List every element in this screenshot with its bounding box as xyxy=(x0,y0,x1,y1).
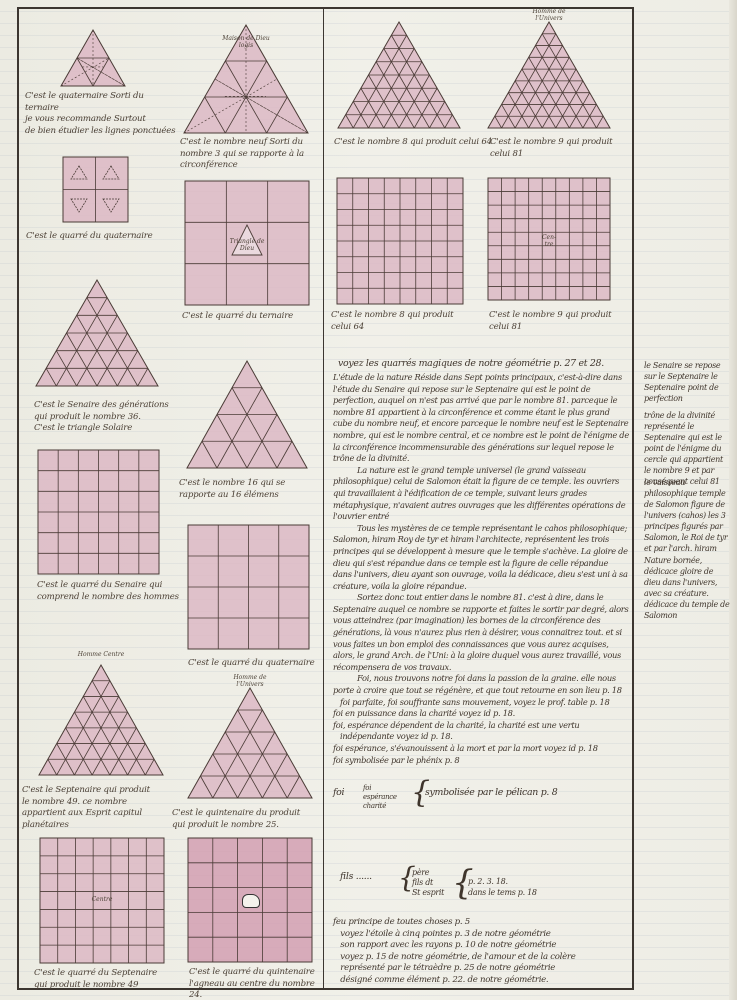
brace-group-trinity: fils ...... { père fils dt St esprit { p… xyxy=(340,870,620,910)
page-edge xyxy=(729,0,737,1000)
closing-line: désigné comme élément p. 22. de notre gé… xyxy=(333,975,629,987)
figure-label: Cen- tre xyxy=(529,234,569,248)
triangle-figure-tri-16 xyxy=(187,361,307,468)
square-grid-figure-sq-36 xyxy=(38,450,159,574)
triangle-figure-tri-quaternary xyxy=(61,30,125,86)
closing-line: feu principe de toutes choses p. 5 xyxy=(333,917,629,929)
figure-label: Homme de l'Univers xyxy=(225,674,275,688)
brace-group-faith: foi foi espérance charité { symbolisée p… xyxy=(333,786,613,836)
figure-caption: C'est le nombre 9 qui produit celui 81 xyxy=(490,137,632,160)
brace-item: fils dt xyxy=(412,878,444,888)
figure-caption: C'est le nombre neuf Sorti du nombre 3 q… xyxy=(180,137,317,172)
main-text-body: L'étude de la nature Réside dans Sept po… xyxy=(333,372,629,766)
margin-note: Nature bornée, dédicace gloire de dieu d… xyxy=(644,555,730,621)
paragraph: Sortez donc tout entier dans le nombre 8… xyxy=(333,592,629,673)
triangle-figure-tri-25 xyxy=(188,688,312,798)
figure-caption: C'est le nombre 16 qui se rapporte au 16… xyxy=(179,478,317,501)
brace-item: charité xyxy=(363,802,397,811)
figure-label: Triangle de Dieu xyxy=(227,238,267,252)
brace-results: p. 2. 3. 18. dans le tems p. 18 xyxy=(468,876,537,898)
figure-caption: C'est le quarré du ternaire xyxy=(182,311,317,323)
margin-note: le Senaire se repose sur le Septenaire l… xyxy=(644,360,730,404)
brace-item: foi xyxy=(363,784,397,793)
triangle-figure-tri-64 xyxy=(338,22,460,128)
triangle-figure-tri-49 xyxy=(39,665,163,775)
reference-line: voyez les quarrés magiques de notre géom… xyxy=(338,357,628,370)
triangle-figure-tri-36 xyxy=(36,280,158,386)
brace-item: père xyxy=(412,868,444,878)
closing-notes: feu principe de toutes choses p. 5 voyez… xyxy=(333,917,629,986)
closing-line: son rapport avec les rayons p. 10 de not… xyxy=(333,940,629,952)
brace-result: p. 2. 3. 18. xyxy=(468,876,537,887)
column-divider xyxy=(323,7,324,990)
paragraph: indépendante voyez id p. 18. xyxy=(333,731,629,743)
paragraph: Foi, nous trouvons notre foi dans la pas… xyxy=(333,673,629,696)
triangle-figure-tri-81 xyxy=(488,22,610,128)
brace-item: St esprit xyxy=(412,888,444,898)
figure-caption: C'est le quarré du quaternaire xyxy=(188,658,317,670)
margin-note: le vaisseau philosophique temple de Salo… xyxy=(644,477,730,554)
figure-caption: C'est le quintenaire du produit qui prod… xyxy=(172,808,317,831)
square-grid-figure-sq-16 xyxy=(188,525,309,649)
figure-caption: C'est le quarré du quintenaire l'agneau … xyxy=(189,967,317,1000)
paragraph: L'étude de la nature Réside dans Sept po… xyxy=(333,372,629,465)
manuscript-page: C'est le quaternaire Sorti du ternaire j… xyxy=(0,0,737,1000)
closing-line: voyez p. 15 de notre géométrie, de l'amo… xyxy=(333,952,629,964)
paragraph: foi en puissance dans la charité voyez i… xyxy=(333,708,629,720)
brace-result: symbolisée par le pélican p. 8 xyxy=(425,786,557,799)
brace-result: dans le tems p. 18 xyxy=(468,887,537,898)
square-grid-figure-sq-64 xyxy=(337,178,463,304)
margin-note: trône de la divinité représenté le Septe… xyxy=(644,410,730,487)
paragraph: foi symbolisée par le phénix p. 8 xyxy=(333,755,629,767)
paragraph: foi espérance, s'évanouissent à la mort … xyxy=(333,743,629,755)
figure-label: Homme Centre xyxy=(76,651,126,658)
paragraph: La nature est le grand temple universel … xyxy=(333,465,629,523)
figure-label: Homme de l'Univers xyxy=(524,8,574,22)
paragraph: foi parfaite, foi souffrante sans mouvem… xyxy=(333,697,629,709)
brace-lead: foi xyxy=(333,786,344,799)
figure-label: Centre xyxy=(82,896,122,903)
figure-caption: C'est le nombre 9 qui produit celui 81 xyxy=(489,310,632,333)
closing-line: voyez l'étoile à cinq pointes p. 3 de no… xyxy=(333,929,629,941)
reference-text: voyez les quarrés magiques de notre géom… xyxy=(338,357,628,370)
lamb-emblem-icon xyxy=(242,894,260,908)
paragraph: Tous les mystères de ce temple représent… xyxy=(333,523,629,593)
square-grid-figure-sq-quaternary xyxy=(63,157,128,222)
paragraph: foi, espérance dépendent de la charité, … xyxy=(333,720,629,732)
brace-items: foi espérance charité xyxy=(363,784,397,811)
figure-label: Maison de Dieu logis xyxy=(221,35,271,49)
brace-lead: fils ...... xyxy=(340,870,372,883)
brace-item: espérance xyxy=(363,793,397,802)
closing-line: représenté par le tétraèdre p. 25 de not… xyxy=(333,963,629,975)
brace-items: père fils dt St esprit xyxy=(412,868,444,898)
